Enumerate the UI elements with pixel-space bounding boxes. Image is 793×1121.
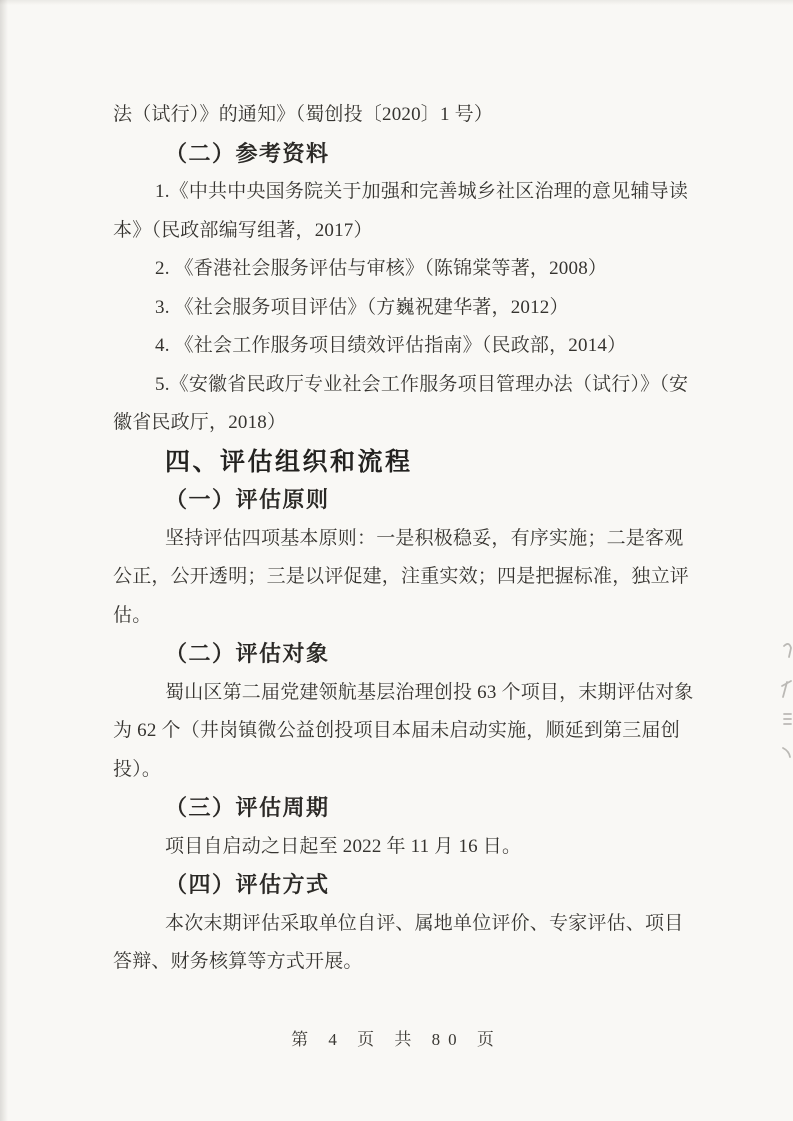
paragraph-line: 项目自启动之日起至 2022 年 11 月 16 日。 [113,828,691,867]
reference-list-item: 3. 《社会服务项目评估》（方巍祝建华著，2012） [113,289,691,328]
reference-list-item-continuation: 徽省民政厅，2018） [113,404,691,443]
paragraph-line: 公正，公开透明；三是以评促建，注重实效；四是把握标准，独立评 [113,558,691,597]
subsection-heading-evaluation-principles: （一）评估原则 [113,481,691,520]
document-page: 法（试行）》的通知》（蜀创投〔2020〕1 号） （二）参考资料 1.《中共中央… [0,0,793,1121]
document-body: 法（试行）》的通知》（蜀创投〔2020〕1 号） （二）参考资料 1.《中共中央… [113,96,691,982]
paragraph-line: 答辩、财务核算等方式开展。 [113,943,691,982]
page-number-footer: 第 4 页 共 80 页 [0,1026,793,1054]
reference-list-item: 2. 《香港社会服务评估与审核》（陈锦棠等著，2008） [113,250,691,289]
scan-edge-shadow-top [0,0,793,5]
reference-list-item-continuation: 本》（民政部编写组著，2017） [113,212,691,251]
paragraph-line: 蜀山区第二届党建领航基层治理创投 63 个项目，末期评估对象 [113,674,691,713]
paragraph-line: 投）。 [113,751,691,790]
subsection-heading-reference-materials: （二）参考资料 [113,135,691,174]
section-heading-evaluation-organization: 四、评估组织和流程 [113,443,691,482]
reference-list-item: 5.《安徽省民政厅专业社会工作服务项目管理办法（试行）》（安 [113,366,691,405]
subsection-heading-evaluation-period: （三）评估周期 [113,789,691,828]
paragraph-line: 本次末期评估采取单位自评、属地单位评价、专家评估、项目 [113,905,691,944]
subsection-heading-evaluation-targets: （二）评估对象 [113,635,691,674]
paragraph-line: 法（试行）》的通知》（蜀创投〔2020〕1 号） [113,96,691,135]
paragraph-line: 估。 [113,597,691,636]
paragraph-line: 坚持评估四项基本原则：一是积极稳妥，有序实施；二是客观 [113,520,691,559]
subsection-heading-evaluation-method: （四）评估方式 [113,866,691,905]
page-edge-ink-fragments [777,640,793,770]
scan-edge-shadow-left [0,0,8,1121]
paragraph-line: 为 62 个（井岗镇微公益创投项目本届未启动实施，顺延到第三届创 [113,712,691,751]
reference-list-item: 4. 《社会工作服务项目绩效评估指南》（民政部，2014） [113,327,691,366]
reference-list-item: 1.《中共中央国务院关于加强和完善城乡社区治理的意见辅导读 [113,173,691,212]
